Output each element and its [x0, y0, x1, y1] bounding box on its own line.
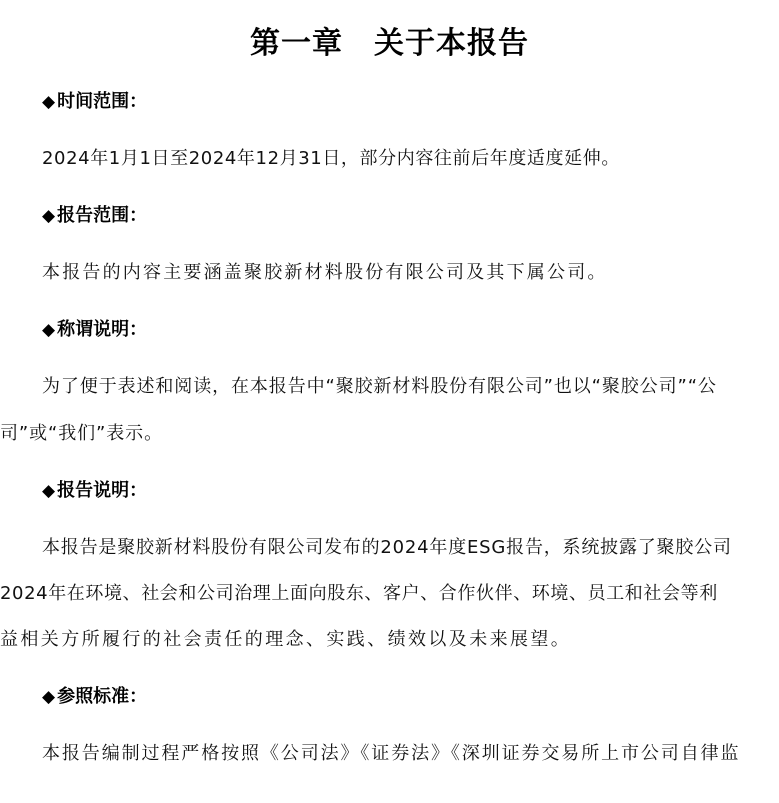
section-heading-label: 报告说明： — [57, 480, 147, 501]
section-heading-label: 时间范围： — [57, 91, 147, 112]
paragraph-line: 本报告编制过程严格按照《公司法》《证券法》《深圳证券交易所上市公司自律监 — [42, 741, 740, 767]
diamond-bullet-icon: ◆ — [42, 317, 55, 343]
section-heading-label: 报告范围： — [57, 205, 147, 226]
diamond-bullet-icon: ◆ — [42, 684, 55, 710]
chapter-title: 第一章 关于本报告 — [0, 24, 779, 64]
section-heading-report-scope: ◆报告范围： — [42, 203, 147, 229]
paragraph-line: 益相关方所履行的社会责任的理念、实践、绩效以及未来展望。 — [0, 627, 571, 653]
diamond-bullet-icon: ◆ — [42, 203, 55, 229]
paragraph-line: 本报告的内容主要涵盖聚胶新材料股份有限公司及其下属公司。 — [42, 260, 608, 286]
diamond-bullet-icon: ◆ — [42, 478, 55, 504]
paragraph-line: 2024年在环境、社会和公司治理上面向股东、客户、合作伙伴、环境、员工和社会等利 — [0, 581, 718, 607]
section-heading-label: 参照标准： — [57, 686, 147, 707]
section-heading-reference-standards: ◆参照标准： — [42, 684, 147, 710]
document-page: 第一章 关于本报告 ◆时间范围： 2024年1月1日至2024年12月31日，部… — [0, 0, 779, 803]
paragraph-line: 司”或“我们”表示。 — [0, 421, 163, 447]
diamond-bullet-icon: ◆ — [42, 89, 55, 115]
paragraph-line: 2024年1月1日至2024年12月31日，部分内容往前后年度适度延伸。 — [42, 146, 620, 172]
section-heading-terminology: ◆称谓说明： — [42, 317, 147, 343]
section-heading-label: 称谓说明： — [57, 319, 147, 340]
paragraph-line: 本报告是聚胶新材料股份有限公司发布的2024年度ESG报告，系统披露了聚胶公司 — [42, 535, 732, 561]
paragraph-line: 为了便于表述和阅读，在本报告中“聚胶新材料股份有限公司”也以“聚胶公司”“公 — [42, 374, 717, 400]
section-heading-time-range: ◆时间范围： — [42, 89, 147, 115]
section-heading-report-notes: ◆报告说明： — [42, 478, 147, 504]
